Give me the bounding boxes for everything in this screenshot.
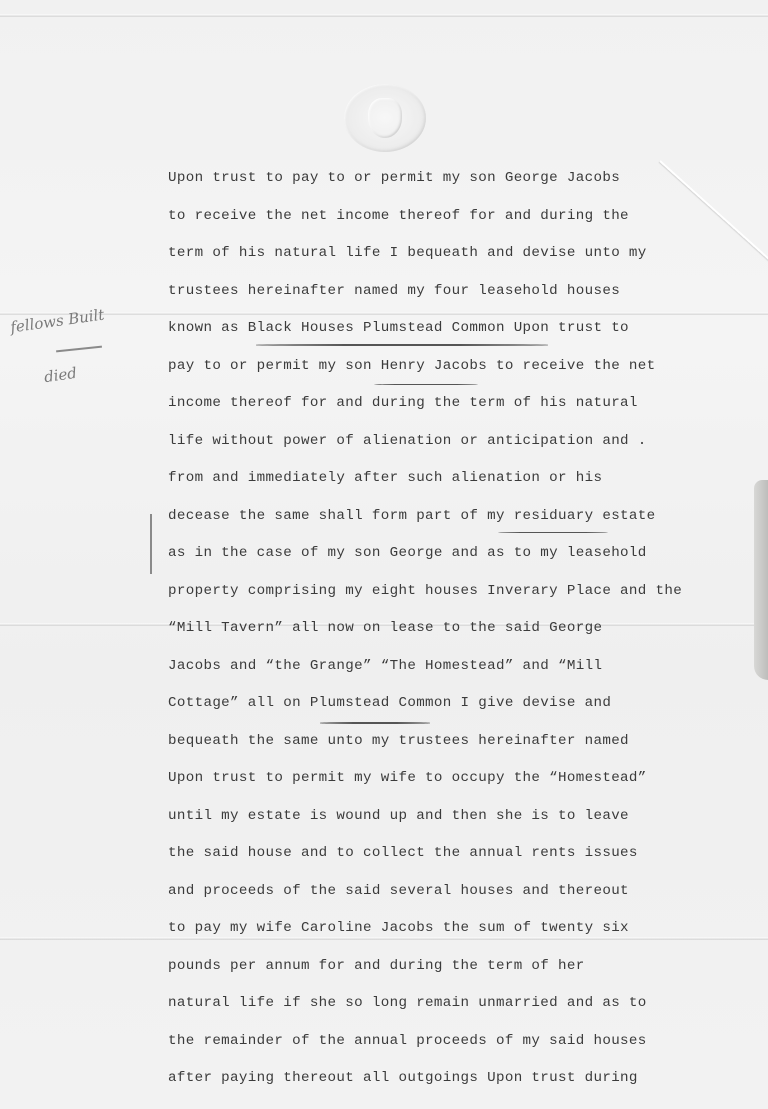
margin-note: fellows Built	[9, 305, 105, 336]
underline-plumstead-common	[320, 722, 430, 724]
text-line: to pay my wife Caroline Jacobs the sum o…	[168, 914, 748, 952]
text-line: income thereof for and during the term o…	[168, 389, 748, 427]
text-line: pounds per annum for and during the term…	[168, 952, 748, 990]
text-line: as in the case of my son George and as t…	[168, 539, 748, 577]
underline-black-houses	[256, 344, 548, 346]
text-line: Upon trust to permit my wife to occupy t…	[168, 764, 748, 802]
text-line: decease the same shall form part of my r…	[168, 502, 748, 540]
text-line: known as Black Houses Plumstead Common U…	[168, 314, 748, 352]
text-line: life without power of alienation or anti…	[168, 427, 748, 465]
text-line: until my estate is wound up and then she…	[168, 802, 748, 840]
text-line: from and immediately after such alienati…	[168, 464, 748, 502]
text-line: Upon trust to pay to or permit my son Ge…	[168, 164, 748, 202]
margin-underline	[56, 346, 102, 352]
text-line: pay to or permit my son Henry Jacobs to …	[168, 352, 748, 390]
text-line: to receive the net income thereof for an…	[168, 202, 748, 240]
text-line-content: decease the same shall form part of my r…	[168, 508, 656, 524]
document-page: fellows Built died Upon trust to pay to …	[0, 0, 768, 1109]
text-line: trustees hereinafter named my four lease…	[168, 277, 748, 315]
torn-edge	[754, 480, 768, 680]
text-line-content: known as Black Houses Plumstead Common U…	[168, 320, 629, 336]
margin-vertical-mark	[150, 514, 152, 574]
embossed-seal-icon	[344, 84, 426, 152]
text-line: natural life if she so long remain unmar…	[168, 989, 748, 1027]
text-line: bequeath the same unto my trustees herei…	[168, 727, 748, 765]
text-line: after paying thereout all outgoings Upon…	[168, 1064, 748, 1102]
text-line: Jacobs and “the Grange” “The Homestead” …	[168, 652, 748, 690]
text-line: the said house and to collect the annual…	[168, 839, 748, 877]
text-line: “Mill Tavern” all now on lease to the sa…	[168, 614, 748, 652]
margin-note: died	[43, 364, 78, 386]
underline-residuary-estate	[498, 532, 608, 534]
will-text: Upon trust to pay to or permit my son Ge…	[168, 164, 748, 1102]
coat-of-arms-icon	[368, 98, 402, 138]
text-line-content: pay to or permit my son Henry Jacobs to …	[168, 358, 656, 374]
text-line: the remainder of the annual proceeds of …	[168, 1027, 748, 1065]
text-line: and proceeds of the said several houses …	[168, 877, 748, 915]
text-line: term of his natural life I bequeath and …	[168, 239, 748, 277]
text-line: property comprising my eight houses Inve…	[168, 577, 748, 615]
fold-crease	[0, 14, 768, 17]
text-line: Cottage” all on Plumstead Common I give …	[168, 689, 748, 727]
text-line-content: Cottage” all on Plumstead Common I give …	[168, 695, 611, 711]
underline-henry-jacobs	[374, 384, 478, 386]
